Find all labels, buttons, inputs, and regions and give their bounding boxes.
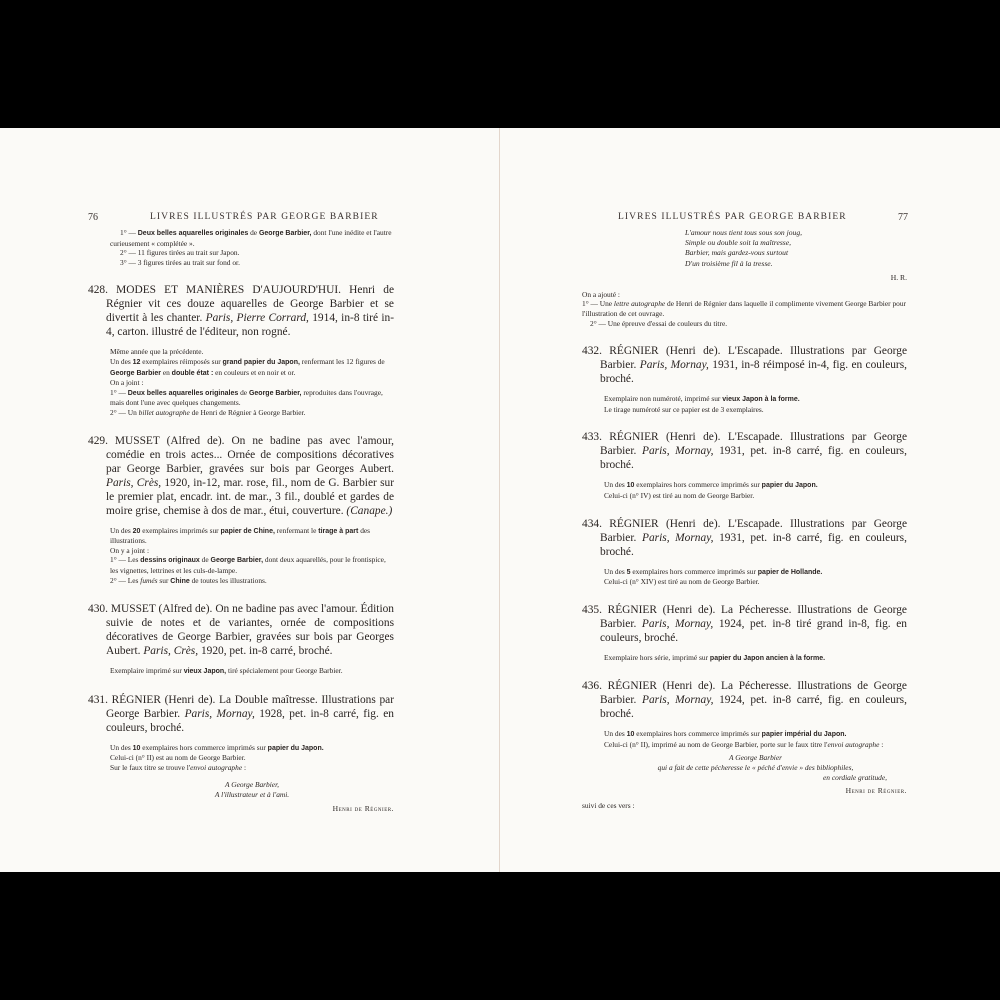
added-items: On a ajouté : 1° — Une lettre autographe…	[582, 290, 907, 328]
followup-line: suivi de ces vers :	[582, 801, 907, 811]
right-page-content: L'amour nous tient tous sous son joug, S…	[582, 228, 907, 811]
left-page: 76 LIVRES ILLUSTRÉS PAR GEORGE BARBIER 1…	[0, 128, 499, 872]
signature: Henri de Régnier.	[110, 804, 394, 814]
dedication-line: A l'illustrateur et à l'ami.	[110, 790, 394, 800]
running-head: LIVRES ILLUSTRÉS PAR GEORGE BARBIER	[150, 212, 379, 222]
catalog-entry-435: 435. RÉGNIER (Henri de). La Pécheresse. …	[582, 603, 907, 645]
page-number: 77	[898, 212, 908, 223]
entry-436-notes: Un des 10 exemplaires hors commerce impr…	[582, 729, 907, 801]
catalog-entry-433: 433. RÉGNIER (Henri de). L'Escapade. Ill…	[582, 430, 907, 472]
dedication-line: qui a fait de cette pécheresse le « péch…	[604, 763, 907, 773]
dedication-line: en cordiale gratitude,	[604, 773, 907, 783]
dedication-line: A George Barbier,	[110, 780, 394, 790]
entry-429-notes: Un des 20 exemplaires imprimés sur papie…	[88, 526, 394, 587]
entry-435-notes: Exemplaire hors série, imprimé sur papie…	[582, 653, 907, 664]
entry-430-notes: Exemplaire imprimé sur vieux Japon, tiré…	[88, 666, 394, 677]
left-page-content: 1° — Deux belles aquarelles originales d…	[88, 228, 394, 814]
entry-428-notes: Même année que la précédente. Un des 12 …	[88, 347, 394, 417]
running-head: LIVRES ILLUSTRÉS PAR GEORGE BARBIER	[618, 212, 847, 222]
entry-434-notes: Un des 5 exemplaires hors commerce impri…	[582, 567, 907, 587]
entry-432-notes: Exemplaire non numéroté, imprimé sur vie…	[582, 394, 907, 414]
catalog-entry-436: 436. RÉGNIER (Henri de). La Pécheresse. …	[582, 679, 907, 721]
poem-line: D'un troisième fil à la tresse.	[685, 259, 907, 269]
poem-line: L'amour nous tient tous sous son joug,	[685, 228, 907, 238]
continuation-notes: 1° — Deux belles aquarelles originales d…	[88, 228, 394, 267]
poem-initials: H. R.	[582, 273, 907, 282]
entry-433-notes: Un des 10 exemplaires hors commerce impr…	[582, 480, 907, 500]
book-spread: 76 LIVRES ILLUSTRÉS PAR GEORGE BARBIER 1…	[0, 128, 1000, 872]
catalog-entry-429: 429. MUSSET (Alfred de). On ne badine pa…	[88, 434, 394, 518]
note-line: 2° — 11 figures tirées au trait sur Japo…	[110, 248, 394, 258]
catalog-entry-430: 430. MUSSET (Alfred de). On ne badine pa…	[88, 602, 394, 658]
poem-line: Barbier, mais gardez-vous surtout	[685, 248, 907, 258]
poem-line: Simple ou double soit la maîtresse,	[685, 238, 907, 248]
catalog-entry-428: 428. MODES ET MANIÈRES D'AUJOURD'HUI. He…	[88, 283, 394, 339]
dedication-line: A George Barbier	[604, 753, 907, 763]
catalog-entry-432: 432. RÉGNIER (Henri de). L'Escapade. Ill…	[582, 344, 907, 386]
catalog-entry-431: 431. RÉGNIER (Henri de). La Double maîtr…	[88, 693, 394, 735]
page-number: 76	[88, 212, 98, 223]
poem: L'amour nous tient tous sous son joug, S…	[582, 228, 907, 269]
entry-431-notes: Un des 10 exemplaires hors commerce impr…	[88, 743, 394, 814]
right-page: LIVRES ILLUSTRÉS PAR GEORGE BARBIER 77 L…	[500, 128, 1000, 872]
signature: Henri de Régnier.	[604, 786, 907, 796]
note-line: 3° — 3 figures tirées au trait sur fond …	[110, 258, 394, 268]
catalog-entry-434: 434. RÉGNIER (Henri de). L'Escapade. Ill…	[582, 517, 907, 559]
note-line: 1° — Deux belles aquarelles originales d…	[110, 228, 394, 248]
